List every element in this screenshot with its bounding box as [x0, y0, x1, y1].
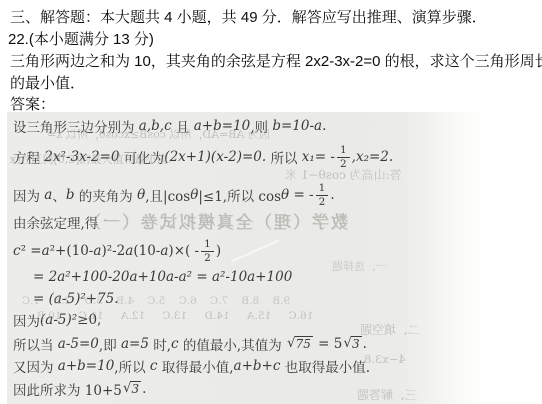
problem-statement-line1: 三角形两边之和为 10，其夹角的余弦是方程 2x2-3x-2=0 的根，求这个三…	[10, 52, 542, 71]
bleed-section-3: 三、解答题	[357, 386, 417, 403]
text-run: .	[322, 118, 326, 134]
text-run: .	[363, 336, 367, 352]
math-run: ,x₂=2.	[352, 149, 394, 165]
section-header: 三、解答题：本大题共 4 小题，共 49 分．解答应写出推理、演算步骤．	[10, 8, 487, 27]
fraction-denominator: 2	[317, 196, 328, 209]
math-run: a-5=0	[58, 336, 99, 352]
math-run: a=5	[121, 336, 149, 352]
math-run: (2x+1)(x-2)=0.	[164, 149, 266, 165]
text-run: = 5	[314, 336, 342, 352]
text-run: ,所以	[114, 356, 150, 376]
math-run: a	[93, 243, 101, 259]
math-run: a	[42, 243, 50, 259]
text-run: 的夹角为	[75, 185, 138, 205]
fraction: 12	[316, 182, 329, 208]
radicand: 3	[130, 381, 141, 398]
radicand: 75	[295, 336, 313, 353]
bleed-item-8: 4−x3.8	[364, 352, 406, 366]
bleed-section-1: 一、选择题	[332, 258, 387, 274]
bleed-answer-row-1: 9.B 8.B 7.C 6.C 5.C 4.B 3.D 2.B 1.C	[22, 295, 290, 307]
fraction: 12	[201, 238, 214, 264]
math-run: = 2a²+100-20a+10a-a² = a²-10a+100	[33, 269, 292, 285]
solution-line-3: 因为 a、b 的夹角为 θ,且|cosθ|≤1,所以 cosθ = -12.	[13, 178, 335, 212]
square-root: √3	[123, 381, 141, 398]
watermark-title: 数学（理）全真模拟试卷（一）	[82, 208, 348, 233]
math-run: a	[125, 243, 133, 259]
text-run: 所以	[266, 147, 302, 167]
text-run: ,即	[99, 334, 121, 354]
math-run: c	[13, 243, 21, 259]
bleed-line-height: 答:山高为 cosθ−1 米	[285, 166, 402, 183]
text-run: = -	[289, 187, 313, 203]
radicand: 3	[351, 336, 362, 353]
solution-line-10: 又因为 a+b=10,所以 c 取得最小值,a+b+c 也取得最小值.	[13, 356, 370, 376]
problem-statement-line2: 的最小值．	[10, 74, 85, 93]
text-run: )²-2	[101, 243, 125, 259]
text-run: 时,	[149, 334, 171, 354]
text-run: )×( -	[168, 243, 199, 259]
bleed-section-2: 二、填空题	[360, 321, 420, 338]
text-run: 又因为	[13, 356, 58, 376]
fraction-numerator: 1	[201, 238, 214, 252]
problem-number-line: 22.(本小题满分 13 分)	[8, 30, 154, 49]
text-run: 因为	[13, 185, 44, 205]
text-run: 、	[52, 185, 66, 205]
math-run: a+b+c	[234, 358, 281, 374]
math-run: c	[150, 358, 158, 374]
solution-line-5: c² =a²+(10-a)²-2a(10-a)×( -12)	[13, 234, 221, 268]
text-run: ² =	[21, 243, 42, 259]
solution-line-11: 因此所求为 10+5√3.	[13, 376, 146, 402]
text-run: (10-	[133, 243, 160, 259]
text-run: 取得最小值,	[157, 356, 233, 376]
text-run: |≤1,所以 cos	[198, 185, 281, 205]
text-run: 的值最小,其值为	[179, 334, 286, 354]
math-run: θ	[137, 187, 145, 203]
text-run: )	[216, 243, 221, 259]
math-run: θ	[190, 187, 198, 203]
text-run: ²+(10-	[50, 243, 94, 259]
text-run: 因为	[13, 310, 40, 330]
text-run: 因此所求为 10+5	[13, 379, 122, 399]
math-run: b=10-a	[272, 118, 322, 134]
solution-line-9: 所以当 a-5=0,即 a=5 时,c 的值最小,其值为 √75 = 5√3.	[13, 332, 367, 356]
fraction-denominator: 2	[202, 252, 213, 265]
fraction-numerator: 1	[337, 144, 350, 158]
text-run: 也取得最小值.	[280, 356, 370, 376]
scanned-solution-image: 设三角形三边分别为 a,b,c 且 a+b=10,则 b=10-a.方程 2x²…	[7, 112, 538, 404]
math-run: a+b=10	[58, 358, 115, 374]
text-run: .	[142, 381, 146, 397]
math-run: a	[160, 243, 168, 259]
bleed-answer-row-2: 16.C 15.A 14.D 13.C 12.A 11.C 10.B	[37, 310, 313, 322]
bleed-line-cos: 因为 AB=AD，所以 cosB≥xcosθ，所以 x=	[47, 126, 270, 142]
bleed-line-interval: x)在区间[0,3]的最大值和最小值.	[10, 151, 171, 167]
math-run: c	[171, 336, 179, 352]
math-run: x₁= -	[302, 149, 335, 165]
scan-crease-artifact	[231, 240, 279, 263]
document-page: 三、解答题：本大题共 4 小题，共 49 分．解答应写出推理、演算步骤． 22.…	[0, 0, 542, 404]
math-run: θ	[281, 187, 289, 203]
fraction-numerator: 1	[316, 182, 329, 196]
text-run: ,且|cos	[145, 185, 190, 205]
text-run: .	[330, 187, 334, 203]
math-run: b	[66, 187, 75, 203]
square-root: √75	[287, 336, 313, 353]
math-run: a	[44, 187, 52, 203]
square-root: √3	[343, 336, 361, 353]
text-run: 所以当	[13, 334, 58, 354]
solution-line-6: = 2a²+100-20a+10a-a² = a²-10a+100	[33, 267, 292, 287]
